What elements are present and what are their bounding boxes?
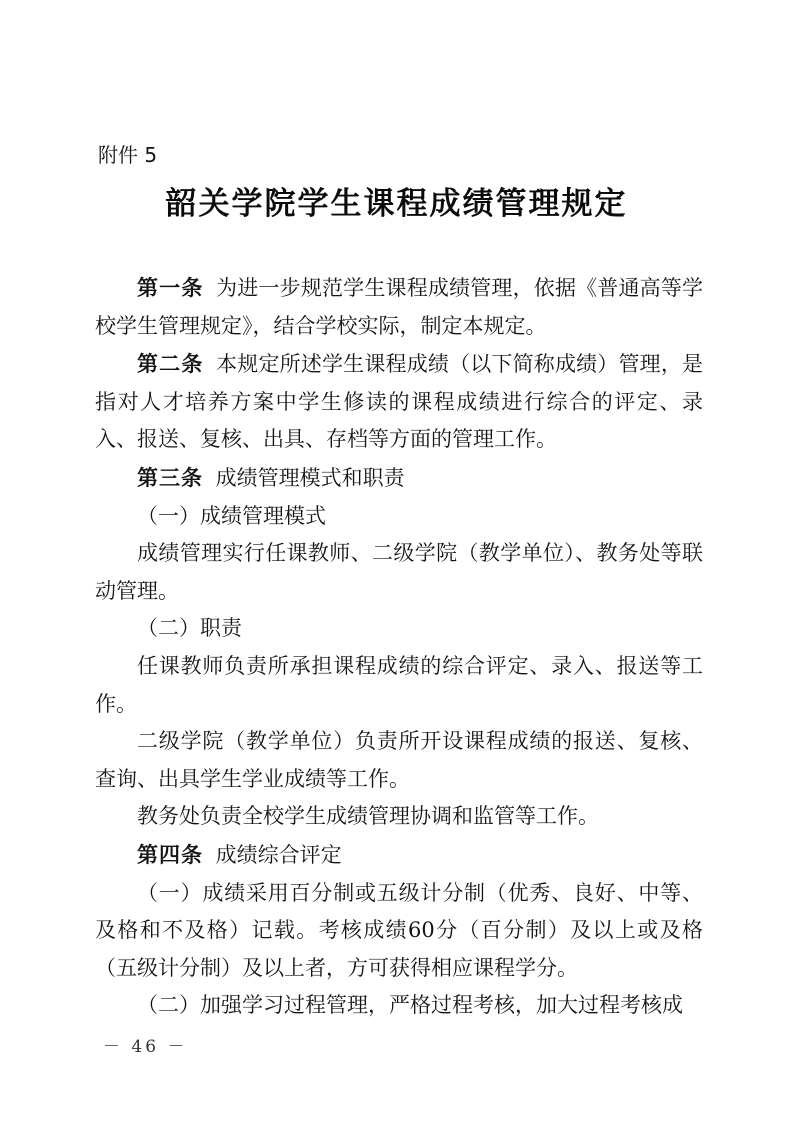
paragraph: （一）成绩采用百分制或五级计分制（优秀、良好、中等、及格和不及格）记载。考核成绩… — [95, 875, 703, 988]
paragraph: （一）成绩管理模式 — [95, 498, 703, 536]
paragraph-text: （一）成绩采用百分制或五级计分制（优秀、良好、中等、及格和不及格）记载。考核成绩… — [95, 881, 703, 980]
clause-number: 第一条 — [137, 275, 204, 300]
paragraph: 二级学院（教学单位）负责所开设课程成绩的报送、复核、查询、出具学生学业成绩等工作… — [95, 723, 703, 798]
paragraph: 第三条成绩管理模式和职责 — [95, 459, 703, 498]
paragraph: 成绩管理实行任课教师、二级学院（教学单位）、教务处等联动管理。 — [95, 535, 703, 610]
clause-number: 第二条 — [137, 351, 204, 376]
paragraph-text: 成绩综合评定 — [216, 843, 342, 867]
paragraph: 第一条为进一步规范学生课程成绩管理，依据《普通高等学校学生管理规定》，结合学校实… — [95, 269, 703, 345]
paragraph-text: （二）职责 — [137, 616, 242, 640]
paragraph-text: 二级学院（教学单位）负责所开设课程成绩的报送、复核、查询、出具学生学业成绩等工作… — [95, 729, 703, 791]
paragraph: 第四条成绩综合评定 — [95, 836, 703, 875]
paragraph-text: （二）加强学习过程管理，严格过程考核，加大过程考核成 — [137, 993, 683, 1017]
paragraph-text: 教务处负责全校学生成绩管理协调和监管等工作。 — [137, 804, 599, 828]
paragraph-text: 成绩管理模式和职责 — [216, 466, 405, 490]
document-page: 附件 5 韶关学院学生课程成绩管理规定 第一条为进一步规范学生课程成绩管理，依据… — [0, 0, 793, 1122]
clause-number: 第三条 — [137, 465, 203, 490]
clause-number: 第四条 — [137, 842, 203, 867]
attachment-label: 附件 5 — [98, 142, 157, 168]
paragraph: （二）职责 — [95, 610, 703, 648]
paragraph: （二）加强学习过程管理，严格过程考核，加大过程考核成 — [95, 987, 703, 1025]
paragraph-text: 任课教师负责所承担课程成绩的综合评定、录入、报送等工作。 — [95, 654, 703, 716]
paragraph-text: （一）成绩管理模式 — [137, 504, 326, 528]
paragraph: 任课教师负责所承担课程成绩的综合评定、录入、报送等工作。 — [95, 648, 703, 723]
page-number: － 46 － — [103, 1032, 187, 1057]
paragraph-text: 成绩管理实行任课教师、二级学院（教学单位）、教务处等联动管理。 — [95, 541, 703, 603]
paragraph: 第二条本规定所述学生课程成绩（以下简称成绩）管理，是指对人才培养方案中学生修读的… — [95, 345, 703, 459]
document-title: 韶关学院学生课程成绩管理规定 — [0, 183, 793, 225]
paragraph: 教务处负责全校学生成绩管理协调和监管等工作。 — [95, 798, 703, 836]
document-body: 第一条为进一步规范学生课程成绩管理，依据《普通高等学校学生管理规定》，结合学校实… — [95, 269, 703, 1025]
